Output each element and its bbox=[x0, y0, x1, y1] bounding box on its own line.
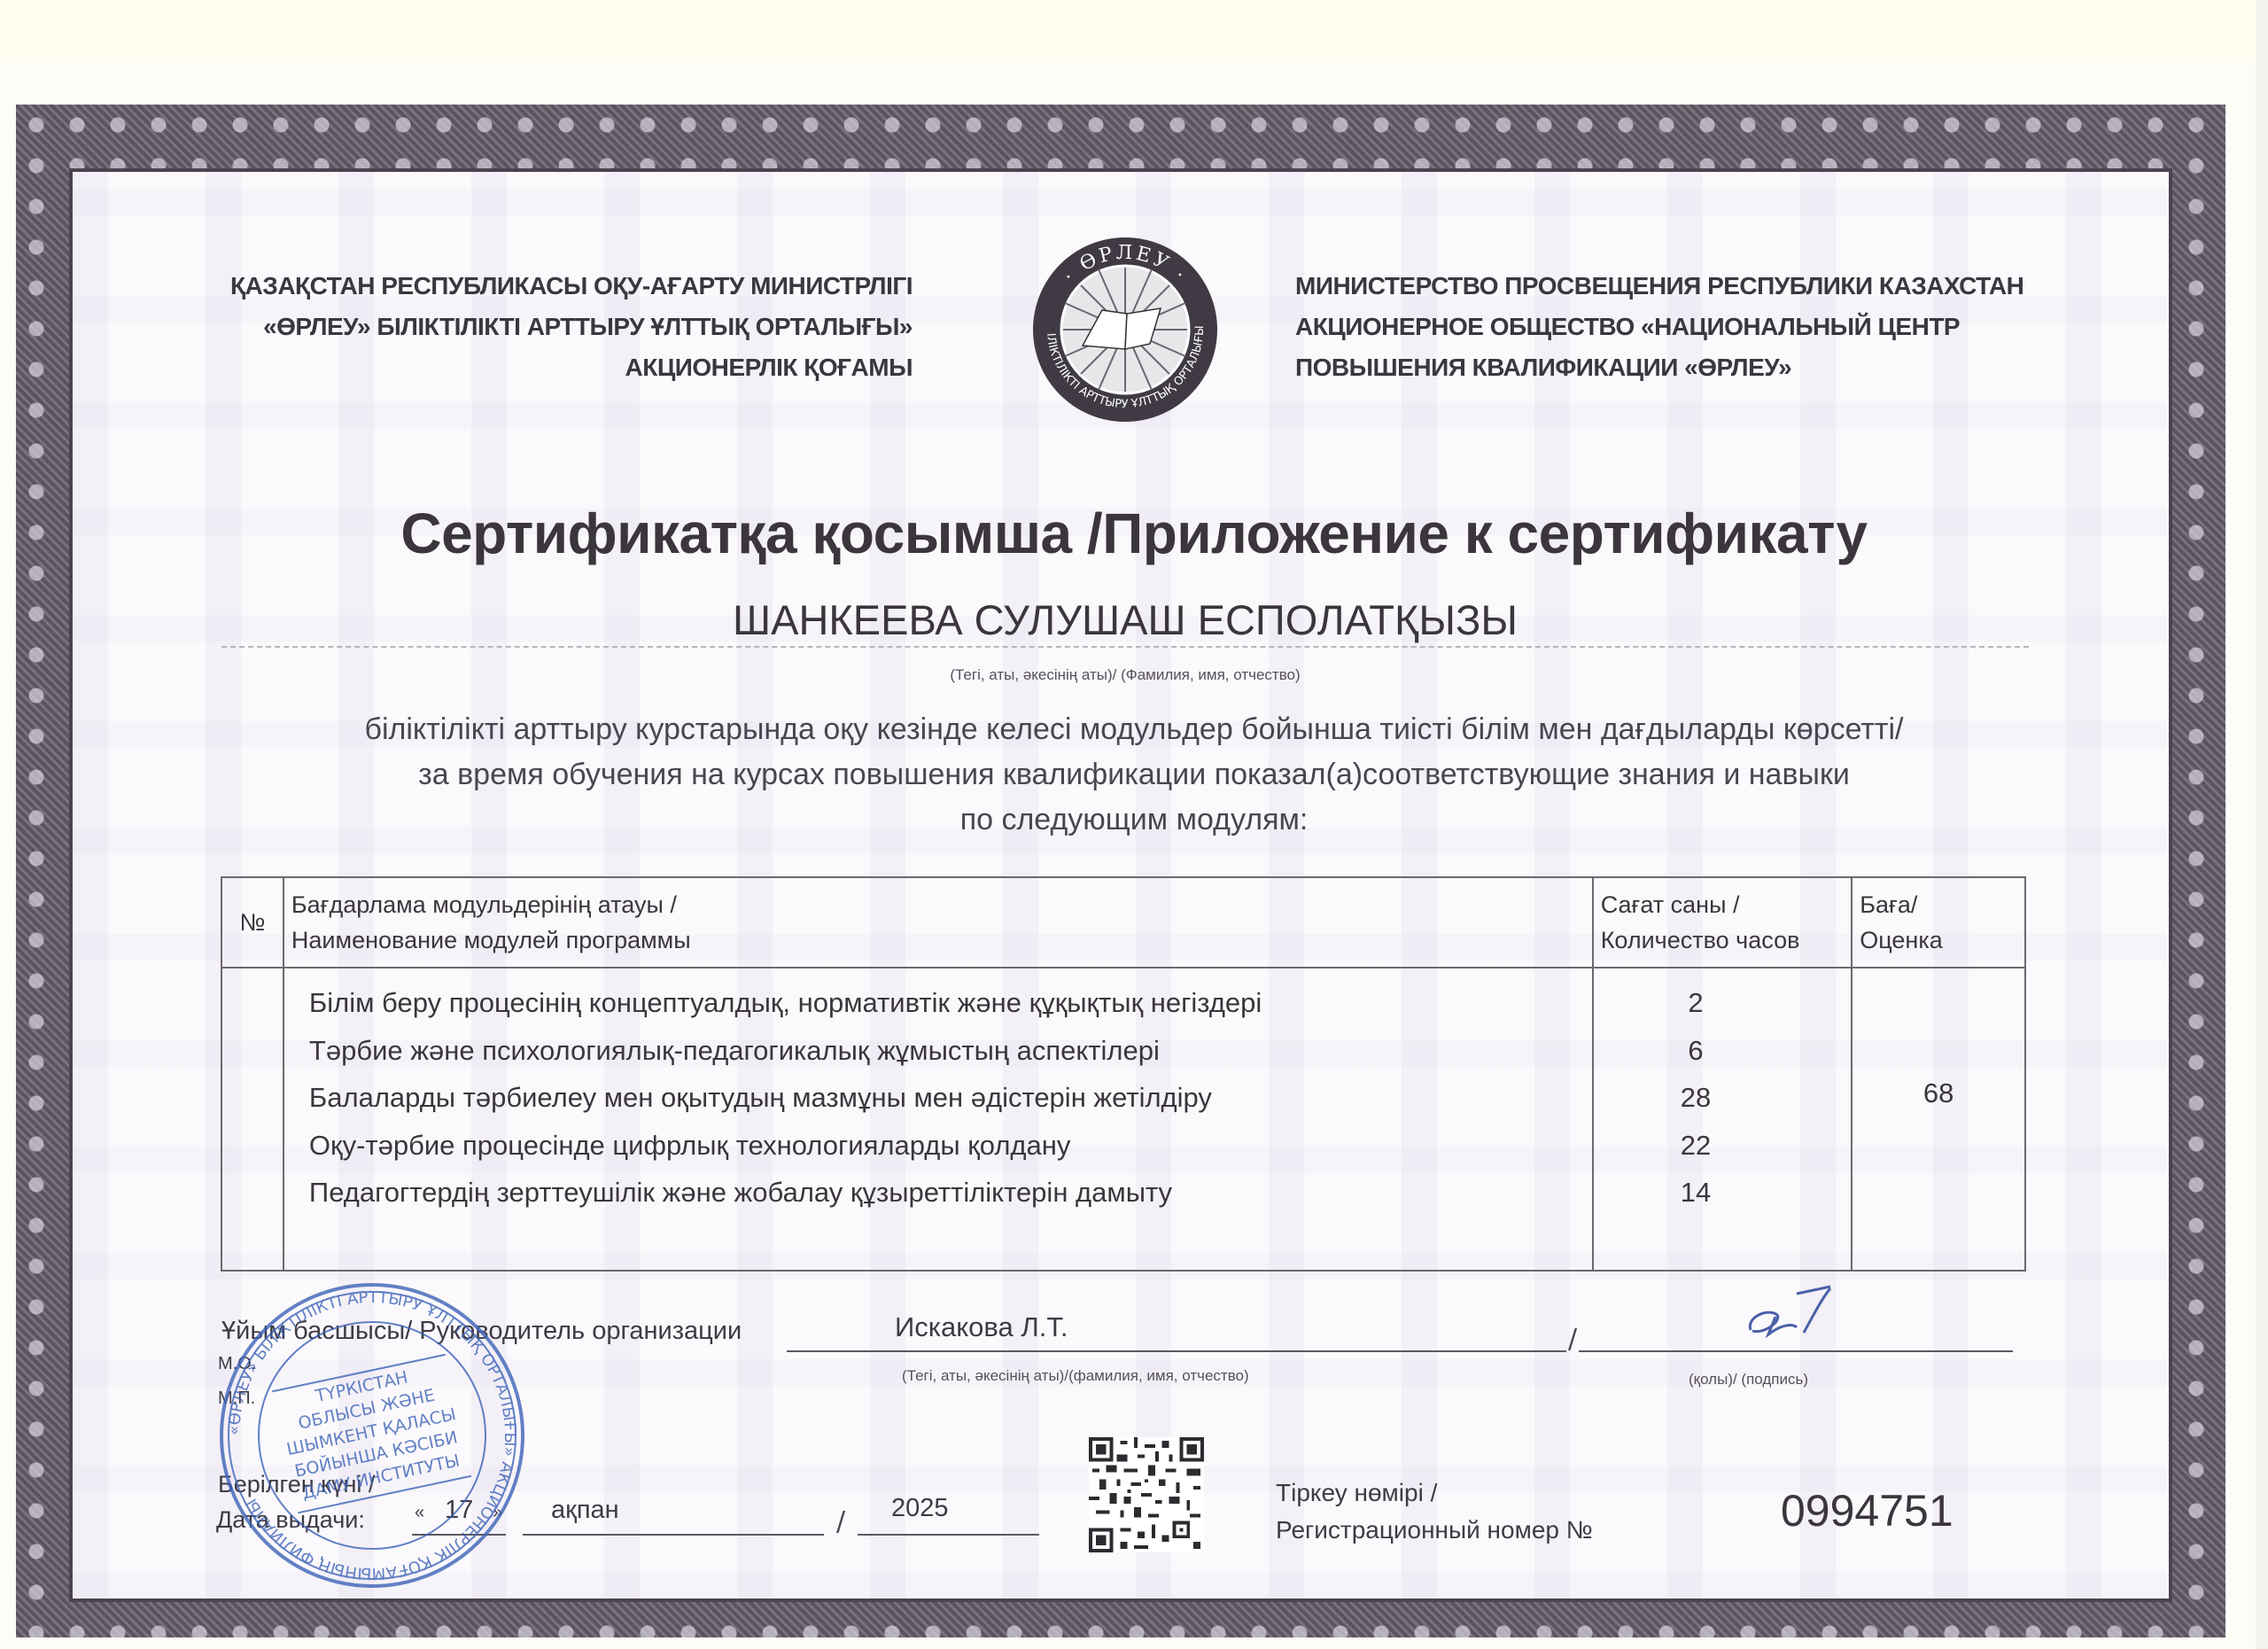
grade-cell: 68 bbox=[1852, 968, 2025, 1271]
number-cell bbox=[221, 968, 283, 1271]
modules-table: № Бағдарлама модульдерінің атауы / Наиме… bbox=[221, 876, 2026, 1272]
intro-line: по следующим модулям: bbox=[221, 797, 2047, 843]
table-row-module: Балаларды тәрбиелеу мен оқытудың мазмұны… bbox=[309, 1074, 1592, 1122]
header-right-line: МИНИСТЕРСТВО ПРОСВЕЩЕНИЯ РЕСПУБЛИКИ КАЗА… bbox=[1295, 266, 2057, 307]
intro-line: за время обучения на курсах повышения кв… bbox=[221, 752, 2047, 797]
table-row-hours: 14 bbox=[1595, 1169, 1851, 1217]
table-row-module: Білім беру процесінің концептуалдық, нор… bbox=[309, 979, 1592, 1027]
header-left-line: ҚАЗАҚСТАН РЕСПУБЛИКАСЫ ОҚУ-АҒАРТУ МИНИСТ… bbox=[151, 266, 913, 307]
qr-code[interactable] bbox=[1088, 1437, 1205, 1552]
orleu-logo: · ӨРЛЕУ · БІЛІКТІЛІКТІ АРТТЫРУ ҰЛТТЫҚ ОР… bbox=[1028, 232, 1223, 427]
handwritten-signature bbox=[1742, 1281, 1839, 1343]
header-right-line: АКЦИОНЕРНОЕ ОБЩЕСТВО «НАЦИОНАЛЬНЫЙ ЦЕНТР bbox=[1295, 307, 2057, 347]
month-underline bbox=[523, 1534, 824, 1536]
registration-number: 0994751 bbox=[1781, 1485, 1953, 1536]
header-right-line: ПОВЫШЕНИЯ КВАЛИФИКАЦИИ «ӨРЛЕУ» bbox=[1295, 347, 2057, 388]
col-header-grade: Баға/ Оценка bbox=[1852, 877, 2025, 968]
col-header-number: № bbox=[221, 877, 283, 968]
recipient-underline bbox=[221, 646, 2029, 648]
signature-line bbox=[1579, 1350, 2013, 1352]
official-stamp: «ӨРЛЕУ» БІЛІКТІЛІКТІ АРТТЫРУ ҰЛТТЫҚ ОРТА… bbox=[213, 1276, 532, 1595]
signature-separator: / bbox=[1568, 1324, 1577, 1355]
registration-label: Тіркеу нөмірі / Регистрационный номер № bbox=[1276, 1474, 1593, 1549]
director-name-caption: (Тегі, аты, әкесінің аты)/(фамилия, имя,… bbox=[902, 1367, 1249, 1385]
table-row-hours: 28 bbox=[1595, 1074, 1851, 1122]
year-underline bbox=[858, 1534, 1039, 1536]
header-left-kz: ҚАЗАҚСТАН РЕСПУБЛИКАСЫ ОҚУ-АҒАРТУ МИНИСТ… bbox=[151, 266, 913, 388]
table-row-hours: 2 bbox=[1595, 979, 1851, 1027]
table-row-module: Оқу-тәрбие процесінде цифрлық технология… bbox=[309, 1122, 1592, 1170]
table-row-hours: 22 bbox=[1595, 1122, 1851, 1170]
table-body-row: Білім беру процесінің концептуалдық, нор… bbox=[221, 968, 2025, 1271]
registration-label-kz: Тіркеу нөмірі / bbox=[1276, 1474, 1593, 1512]
scan-right-edge bbox=[2256, 0, 2268, 1649]
recipient-name: ШАНКЕЕВА СУЛУШАШ ЕСПОЛАТҚЫЗЫ bbox=[221, 595, 2029, 644]
issue-month: ақпан bbox=[551, 1496, 619, 1525]
director-name: Искакова Л.Т. bbox=[895, 1311, 1068, 1343]
col-header-hours: Сағат саны / Количество часов bbox=[1593, 877, 1852, 968]
table-row-module: Педагогтердің зерттеушілік және жобалау … bbox=[309, 1169, 1592, 1217]
table-row-hours: 6 bbox=[1595, 1027, 1851, 1075]
recipient-caption: (Тегі, аты, әкесінің аты)/ (Фамилия, имя… bbox=[221, 666, 2029, 684]
intro-text: біліктілікті арттыру курстарында оқу кез… bbox=[221, 707, 2047, 843]
signature-caption: (қолы)/ (подпись) bbox=[1689, 1371, 1808, 1388]
document-title: Сертификатқа қосымша /Приложение к серти… bbox=[221, 501, 2047, 566]
date-separator: / bbox=[836, 1506, 845, 1537]
header-right-ru: МИНИСТЕРСТВО ПРОСВЕЩЕНИЯ РЕСПУБЛИКИ КАЗА… bbox=[1295, 266, 2057, 388]
registration-label-ru: Регистрационный номер № bbox=[1276, 1512, 1593, 1549]
col-header-module: Бағдарлама модульдерінің атауы / Наимено… bbox=[283, 877, 1593, 968]
modules-cell: Білім беру процесінің концептуалдық, нор… bbox=[283, 968, 1593, 1271]
issue-year: 2025 bbox=[891, 1494, 949, 1523]
table-row-module: Тәрбие және психологиялық-педагогикалық … bbox=[309, 1027, 1592, 1075]
header-left-line: АКЦИОНЕРЛІК ҚОҒАМЫ bbox=[151, 347, 913, 388]
header-left-line: «ӨРЛЕУ» БІЛІКТІЛІКТІ АРТТЫРУ ҰЛТТЫҚ ОРТА… bbox=[151, 307, 913, 347]
director-name-line bbox=[787, 1350, 1566, 1352]
hours-cell: 2 6 28 22 14 bbox=[1593, 968, 1852, 1271]
scan-top-margin bbox=[0, 0, 2268, 62]
intro-line: біліктілікті арттыру курстарында оқу кез… bbox=[221, 707, 2047, 752]
table-header-row: № Бағдарлама модульдерінің атауы / Наиме… bbox=[221, 877, 2025, 968]
